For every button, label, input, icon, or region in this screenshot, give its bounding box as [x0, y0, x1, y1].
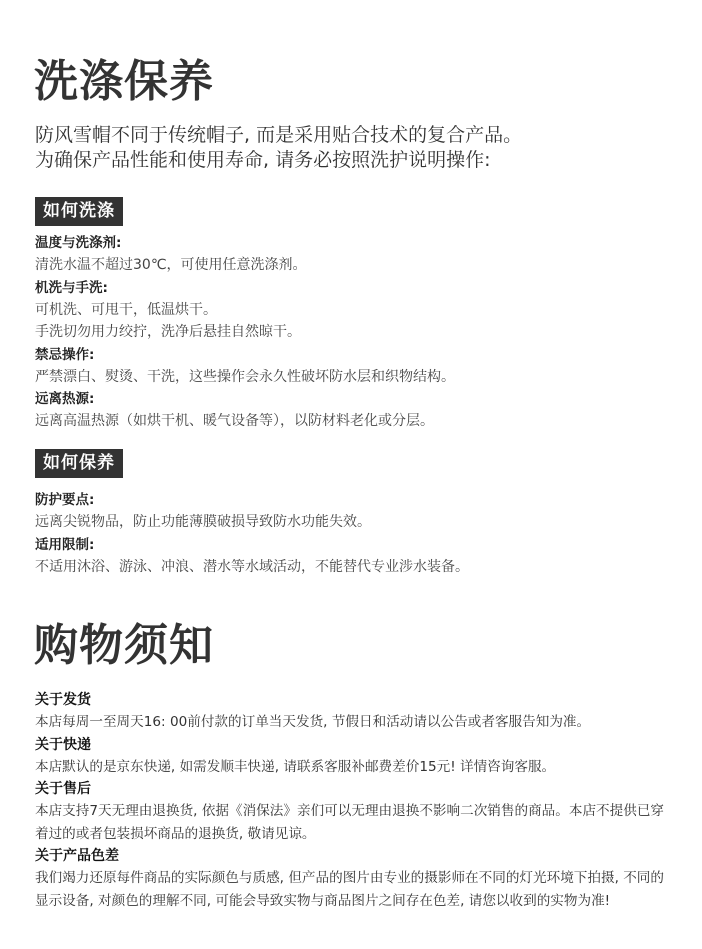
item-text: 不适用沐浴、游泳、冲浪、潜水等水域活动，不能替代专业涉水装备。	[35, 556, 685, 579]
care-intro: 防风雪帽不同于传统帽子, 而是采用贴合技术的复合产品。 为确保产品性能和使用寿命…	[35, 123, 522, 173]
note-text: 我们竭力还原每件商品的实际颜色与质感, 但产品的图片由专业的摄影师在不同的灯光环…	[35, 867, 675, 912]
product-info-page: 洗涤保养 防风雪帽不同于传统帽子, 而是采用贴合技术的复合产品。 为确保产品性能…	[0, 0, 702, 949]
maintenance-badge: 如何保养	[35, 449, 123, 478]
note-label: 关于快递	[35, 734, 685, 756]
intro-line: 防风雪帽不同于传统帽子, 而是采用贴合技术的复合产品。	[35, 123, 522, 148]
item-text: 远离尖锐物品，防止功能薄膜破损导致防水功能失效。	[35, 511, 685, 534]
item-label: 禁忌操作:	[35, 344, 685, 366]
item-label: 适用限制:	[35, 534, 685, 556]
note-text: 本店支持7天无理由退换货, 依据《消保法》亲们可以无理由退换不影响二次销售的商品…	[35, 800, 675, 845]
note-label: 关于发货	[35, 689, 685, 711]
item-label: 机洗与手洗:	[35, 277, 685, 299]
item-text: 远离高温热源（如烘干机、暖气设备等），以防材料老化或分层。	[35, 410, 685, 433]
shopping-notes: 关于发货 本店每周一至周天16: 00前付款的订单当天发货, 节假日和活动请以公…	[35, 689, 685, 912]
note-label: 关于售后	[35, 778, 685, 800]
item-label: 远离热源:	[35, 388, 685, 410]
note-text: 本店默认的是京东快递, 如需发顺丰快递, 请联系客服补邮费差价15元! 详情咨询…	[35, 756, 675, 779]
item-text: 手洗切勿用力绞拧，洗净后悬挂自然晾干。	[35, 321, 685, 344]
item-label: 温度与洗涤剂:	[35, 232, 685, 254]
intro-line: 为确保产品性能和使用寿命, 请务必按照洗护说明操作:	[35, 148, 522, 173]
note-text: 本店每周一至周天16: 00前付款的订单当天发货, 节假日和活动请以公告或者客服…	[35, 711, 675, 734]
care-title: 洗涤保养	[34, 56, 214, 108]
item-text: 严禁漂白、熨烫、干洗，这些操作会永久性破坏防水层和织物结构。	[35, 366, 685, 389]
note-label: 关于产品色差	[35, 845, 685, 867]
item-text: 清洗水温不超过30℃，可使用任意洗涤剂。	[35, 254, 685, 277]
shopping-title: 购物须知	[34, 620, 214, 672]
maintenance-section: 防护要点: 远离尖锐物品，防止功能薄膜破损导致防水功能失效。 适用限制: 不适用…	[35, 489, 685, 578]
washing-badge: 如何洗涤	[35, 197, 123, 226]
item-label: 防护要点:	[35, 489, 685, 511]
washing-section: 温度与洗涤剂: 清洗水温不超过30℃，可使用任意洗涤剂。 机洗与手洗: 可机洗、…	[35, 232, 685, 433]
item-text: 可机洗、可甩干，低温烘干。	[35, 299, 685, 322]
